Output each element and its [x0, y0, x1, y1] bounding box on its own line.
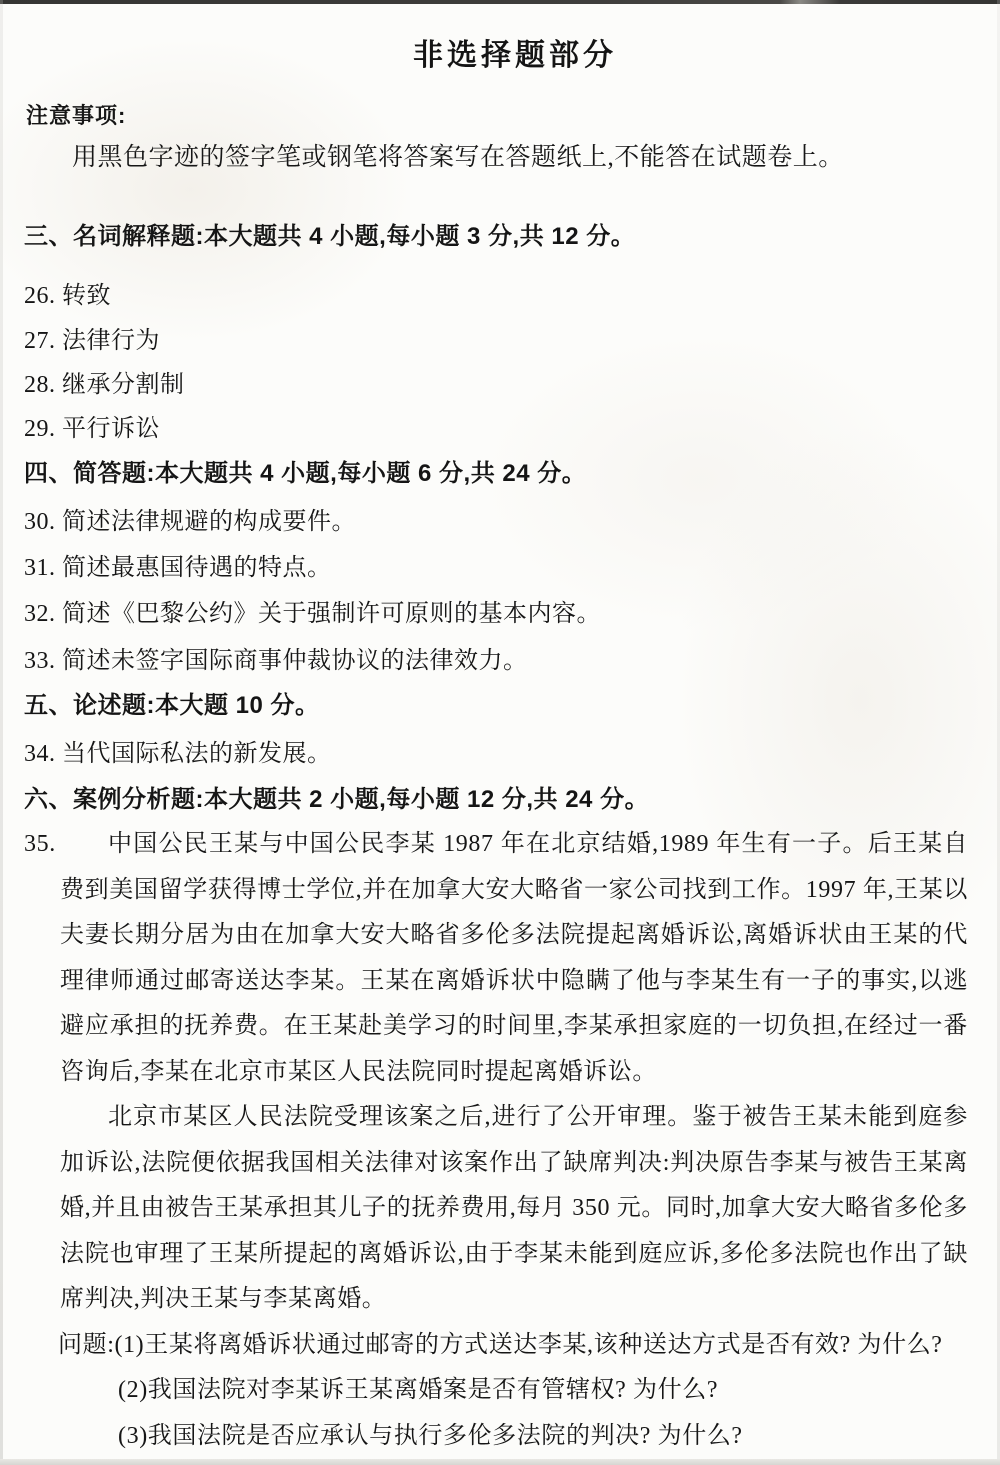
scan-edge-left	[0, 0, 3, 1465]
case-35-paragraph-2: 北京市某区人民法院受理该案之后,进行了公开审理。鉴于被告王某未能到庭参加诉讼,法…	[60, 1095, 968, 1323]
question-27: 27. 法律行为	[24, 326, 160, 356]
case-35-number: 35.	[24, 822, 56, 868]
page-title: 非选择题部分	[0, 36, 1000, 76]
case-35-subquestion-1: 问题:(1)王某将离婚诉状通过邮寄的方式送达李某,该种送达方式是否有效? 为什么…	[58, 1323, 968, 1369]
question-31: 31. 简述最惠国待遇的特点。	[24, 553, 332, 583]
case-question-35: 35. 中国公民王某与中国公民李某 1987 年在北京结婚,1989 年生有一子…	[60, 822, 968, 1459]
question-34: 34. 当代国际私法的新发展。	[24, 739, 332, 769]
question-29: 29. 平行诉讼	[24, 414, 160, 444]
case-35-paragraph-1: 中国公民王某与中国公民李某 1987 年在北京结婚,1989 年生有一子。后王某…	[60, 822, 968, 1095]
section6-heading: 六、案例分析题:本大题共 2 小题,每小题 12 分,共 24 分。	[24, 785, 649, 815]
question-28: 28. 继承分割制	[24, 370, 185, 400]
notice-body: 用黑色字迹的签字笔或钢笔将答案写在答题纸上,不能答在试题卷上。	[72, 142, 844, 174]
case-35-subquestion-2: (2)我国法院对李某诉王某离婚案是否有管辖权? 为什么?	[118, 1368, 968, 1414]
scan-edge-bottom	[0, 1459, 1000, 1465]
section5-heading: 五、论述题:本大题 10 分。	[24, 691, 320, 721]
scan-edge-top	[0, 0, 1000, 4]
section4-heading: 四、简答题:本大题共 4 小题,每小题 6 分,共 24 分。	[24, 459, 586, 489]
section3-heading: 三、名词解释题:本大题共 4 小题,每小题 3 分,共 12 分。	[24, 222, 635, 252]
question-26: 26. 转致	[24, 281, 111, 311]
case-35-subquestion-3: (3)我国法院是否应承认与执行多伦多法院的判决? 为什么?	[118, 1414, 968, 1460]
exam-paper-page: 非选择题部分 注意事项: 用黑色字迹的签字笔或钢笔将答案写在答题纸上,不能答在试…	[0, 0, 1000, 1465]
notice-heading: 注意事项:	[26, 102, 126, 130]
question-32: 32. 简述《巴黎公约》关于强制许可原则的基本内容。	[24, 599, 601, 629]
question-33: 33. 简述未签字国际商事仲裁协议的法律效力。	[24, 646, 528, 676]
question-30: 30. 简述法律规避的构成要件。	[24, 507, 356, 537]
